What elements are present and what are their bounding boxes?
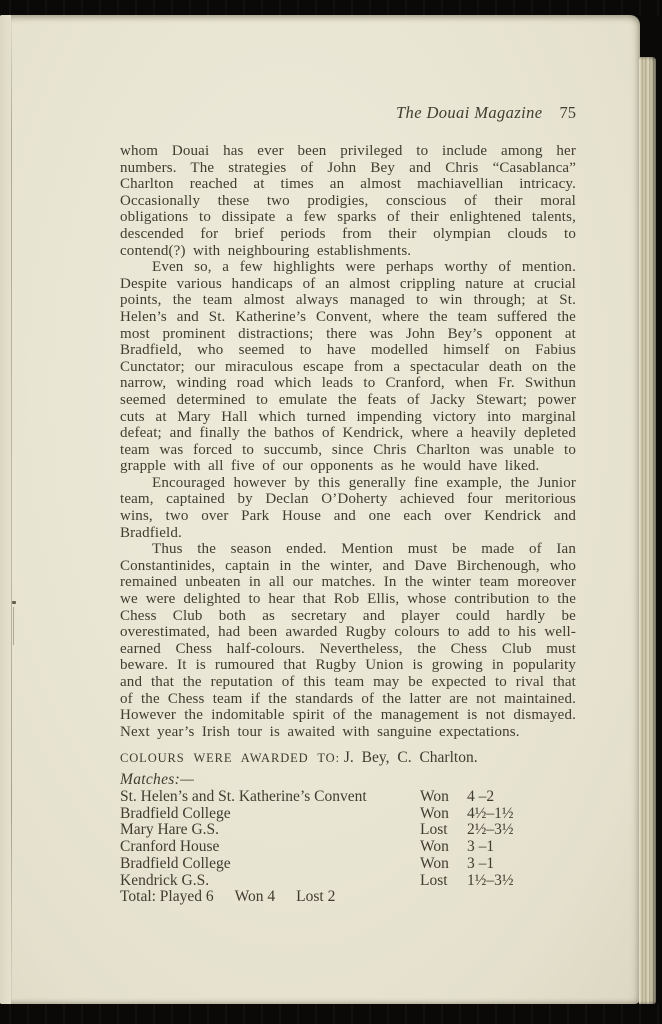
- match-result: Won: [420, 806, 467, 823]
- page-gutter-shade: [0, 15, 11, 1004]
- magazine-page: The Douai Magazine 75 whom Douai has eve…: [0, 15, 640, 1004]
- paragraph-highlights: Even so, a few highlights were perhaps w…: [120, 259, 576, 475]
- opponent-name: Mary Hare G.S.: [120, 822, 420, 839]
- page-number: 75: [560, 104, 577, 122]
- colours-awarded-line: COLOURS WERE AWARDED TO: J. Bey, C. Char…: [120, 749, 576, 767]
- book-surround-top: [0, 0, 662, 16]
- opponent-name: Kendrick G.S.: [120, 873, 420, 890]
- paper-speck: [12, 601, 16, 604]
- colours-awarded-names: J. Bey, C. Charlton.: [344, 749, 478, 766]
- running-head: The Douai Magazine 75: [120, 104, 576, 122]
- opponent-name: St. Helen’s and St. Katherine’s Convent: [120, 789, 420, 806]
- match-row: Kendrick G.S. Lost 1½–3½: [120, 873, 576, 890]
- match-result: Won: [420, 789, 467, 806]
- match-row: Bradfield College Won 4½–1½: [120, 806, 576, 823]
- matches-section: Matches:— St. Helen’s and St. Katherine’…: [120, 772, 576, 906]
- book-surround-bottom: [0, 1004, 662, 1024]
- paragraph-junior-team: Encouraged however by this generally fin…: [120, 475, 576, 541]
- total-lost: Lost 2: [296, 889, 335, 906]
- match-result: Won: [420, 856, 467, 873]
- match-score: 3 –1: [467, 856, 576, 873]
- match-row: Bradfield College Won 3 –1: [120, 856, 576, 873]
- match-score: 4½–1½: [467, 806, 576, 823]
- page-gutter-crease: [11, 15, 12, 1004]
- total-played: Total: Played 6: [120, 889, 214, 906]
- match-result: Lost: [420, 873, 467, 890]
- paper-speck-line: [13, 607, 14, 645]
- match-row: St. Helen’s and St. Katherine’s Convent …: [120, 789, 576, 806]
- printed-content-column: The Douai Magazine 75 whom Douai has eve…: [120, 15, 576, 906]
- magazine-title: The Douai Magazine: [396, 104, 543, 122]
- total-won: Won 4: [235, 889, 276, 906]
- matches-heading: Matches:—: [120, 772, 576, 789]
- paragraph-continuation: whom Douai has ever been privileged to i…: [120, 143, 576, 259]
- match-result: Won: [420, 839, 467, 856]
- opponent-name: Bradfield College: [120, 806, 420, 823]
- opponent-name: Cranford House: [120, 839, 420, 856]
- page-stack-edge: [639, 57, 656, 1004]
- match-result: Lost: [420, 822, 467, 839]
- opponent-name: Bradfield College: [120, 856, 420, 873]
- match-row: Cranford House Won 3 –1: [120, 839, 576, 856]
- match-score: 2½–3½: [467, 822, 576, 839]
- colours-awarded-label: COLOURS WERE AWARDED TO:: [120, 751, 340, 765]
- season-total-line: Total: Played 6 Won 4 Lost 2: [120, 889, 576, 906]
- match-row: Mary Hare G.S. Lost 2½–3½: [120, 822, 576, 839]
- chess-report-body: whom Douai has ever been privileged to i…: [120, 143, 576, 740]
- match-score: 3 –1: [467, 839, 576, 856]
- match-score: 4 –2: [467, 789, 576, 806]
- paragraph-season-end: Thus the season ended. Mention must be m…: [120, 541, 576, 740]
- match-score: 1½–3½: [467, 873, 576, 890]
